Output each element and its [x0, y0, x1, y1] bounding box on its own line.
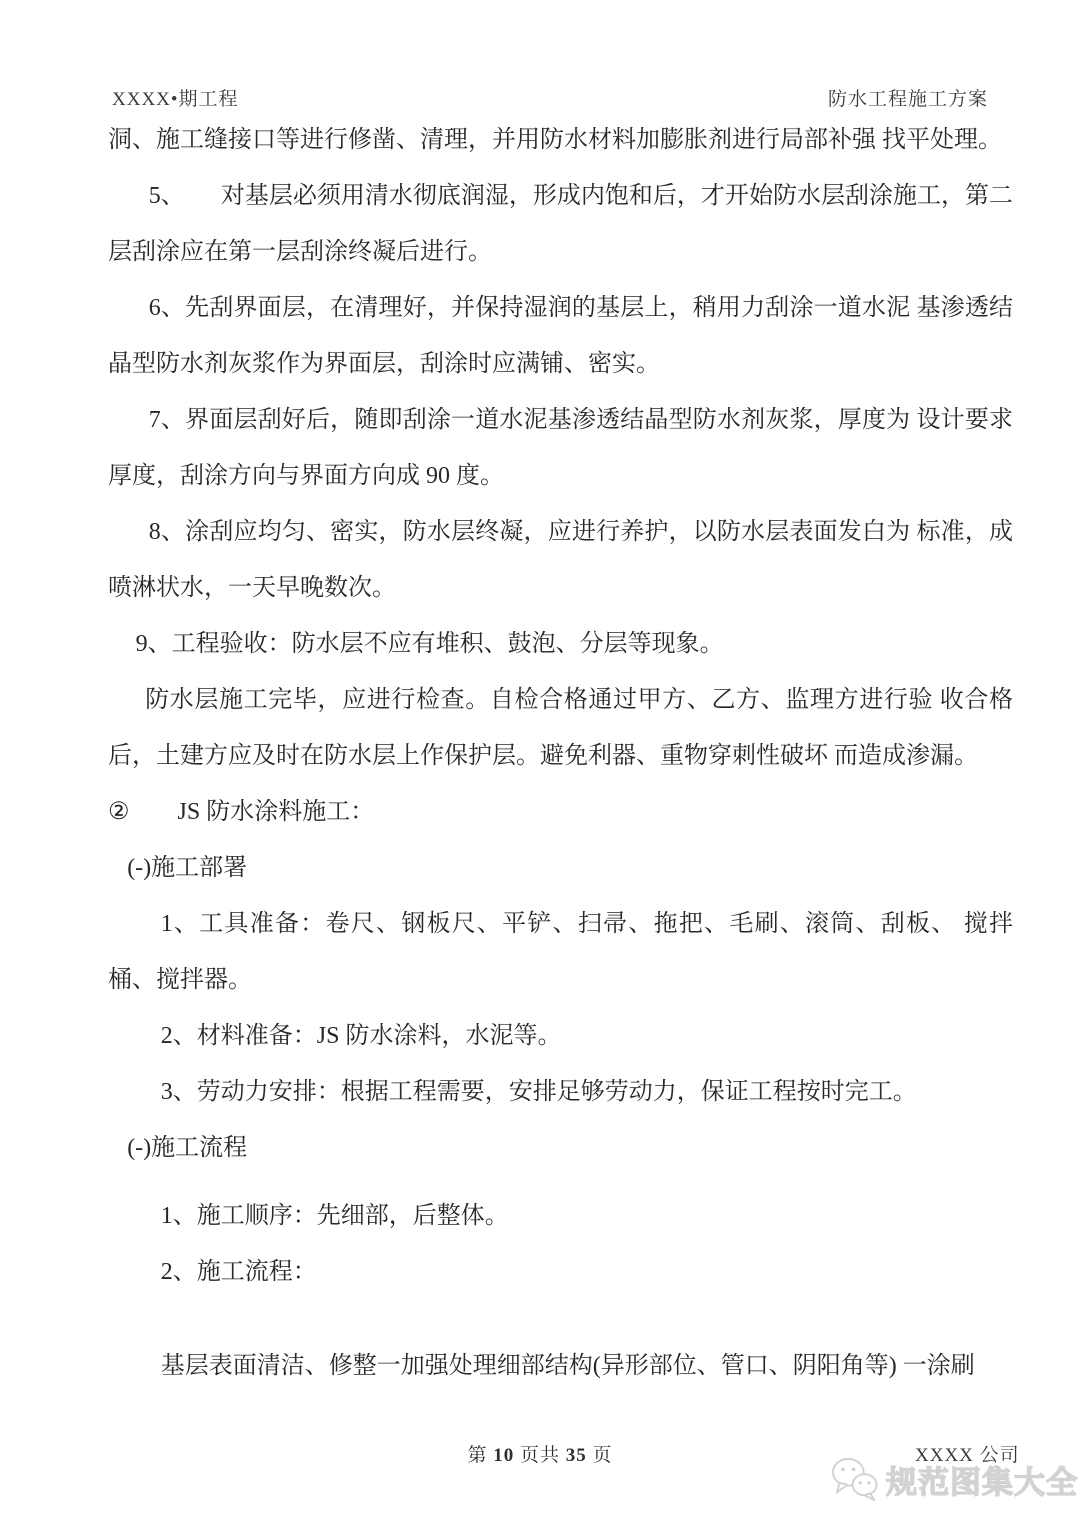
para-continuation: 洞、施工缝接口等进行修凿、清理，并用防水材料加膨胀剂进行局部补强 找平处理。: [108, 112, 1013, 168]
para-item-5: 5、 对基层必须用清水彻底润湿，形成内饱和后，才开始防水层刮涂施工，第二层刮涂应…: [108, 168, 1013, 280]
footer-company: XXXX 公司: [915, 1440, 1020, 1467]
section-construction-deployment: (-)施工部署: [108, 840, 1013, 896]
para-tool-preparation: 1、工具准备：卷尺、钢板尺、平铲、扫帚、拖把、毛刷、滚筒、刮板、 搅拌桶、搅拌器…: [108, 896, 1013, 1008]
para-labor-arrangement: 3、劳动力安排：根据工程需要，安排足够劳动力，保证工程按时完工。: [108, 1064, 1013, 1120]
page-number-prefix: 第: [467, 1445, 493, 1466]
para-inspection-note: 防水层施工完毕，应进行检查。自检合格通过甲方、乙方、监理方进行验 收合格后，土建…: [108, 672, 1013, 784]
page-number-middle: 页共: [514, 1445, 566, 1466]
para-js-coating-heading: ② JS 防水涂料施工：: [108, 784, 1013, 840]
page-number-current: 10: [493, 1445, 514, 1466]
para-process-flow: 基层表面清洁、修整一加强处理细部结构(异形部位、管口、阴阳角等) 一涂刷: [108, 1338, 1013, 1394]
para-item-8: 8、涂刮应均匀、密实，防水层终凝，应进行养护，以防水层表面发白为 标准，成喷淋状…: [108, 504, 1013, 616]
page-number-suffix: 页: [587, 1445, 613, 1466]
para-construction-sequence: 1、施工顺序：先细部，后整体。: [108, 1188, 1013, 1244]
document-body: 洞、施工缝接口等进行修凿、清理，并用防水材料加膨胀剂进行局部补强 找平处理。 5…: [108, 112, 1013, 1394]
section-construction-process: (-)施工流程: [108, 1120, 1013, 1176]
para-construction-process-label: 2、施工流程：: [108, 1244, 1013, 1300]
para-item-9-acceptance: 9、工程验收：防水层不应有堆积、鼓泡、分层等现象。: [108, 616, 1013, 672]
para-material-preparation: 2、材料准备：JS 防水涂料，水泥等。: [108, 1008, 1013, 1064]
para-item-7: 7、界面层刮好后，随即刮涂一道水泥基渗透结晶型防水剂灰浆，厚度为 设计要求厚度，…: [108, 392, 1013, 504]
header-document-title: 防水工程施工方案: [828, 84, 988, 111]
header-project-title: XXXX•期工程: [112, 84, 239, 111]
page-number-total: 35: [566, 1445, 587, 1466]
para-item-6: 6、先刮界面层，在清理好，并保持湿润的基层上，稍用力刮涂一道水泥 基渗透结晶型防…: [108, 280, 1013, 392]
page-header: XXXX•期工程 防水工程施工方案: [112, 84, 988, 111]
document-page: XXXX•期工程 防水工程施工方案 洞、施工缝接口等进行修凿、清理，并用防水材料…: [0, 0, 1080, 1528]
